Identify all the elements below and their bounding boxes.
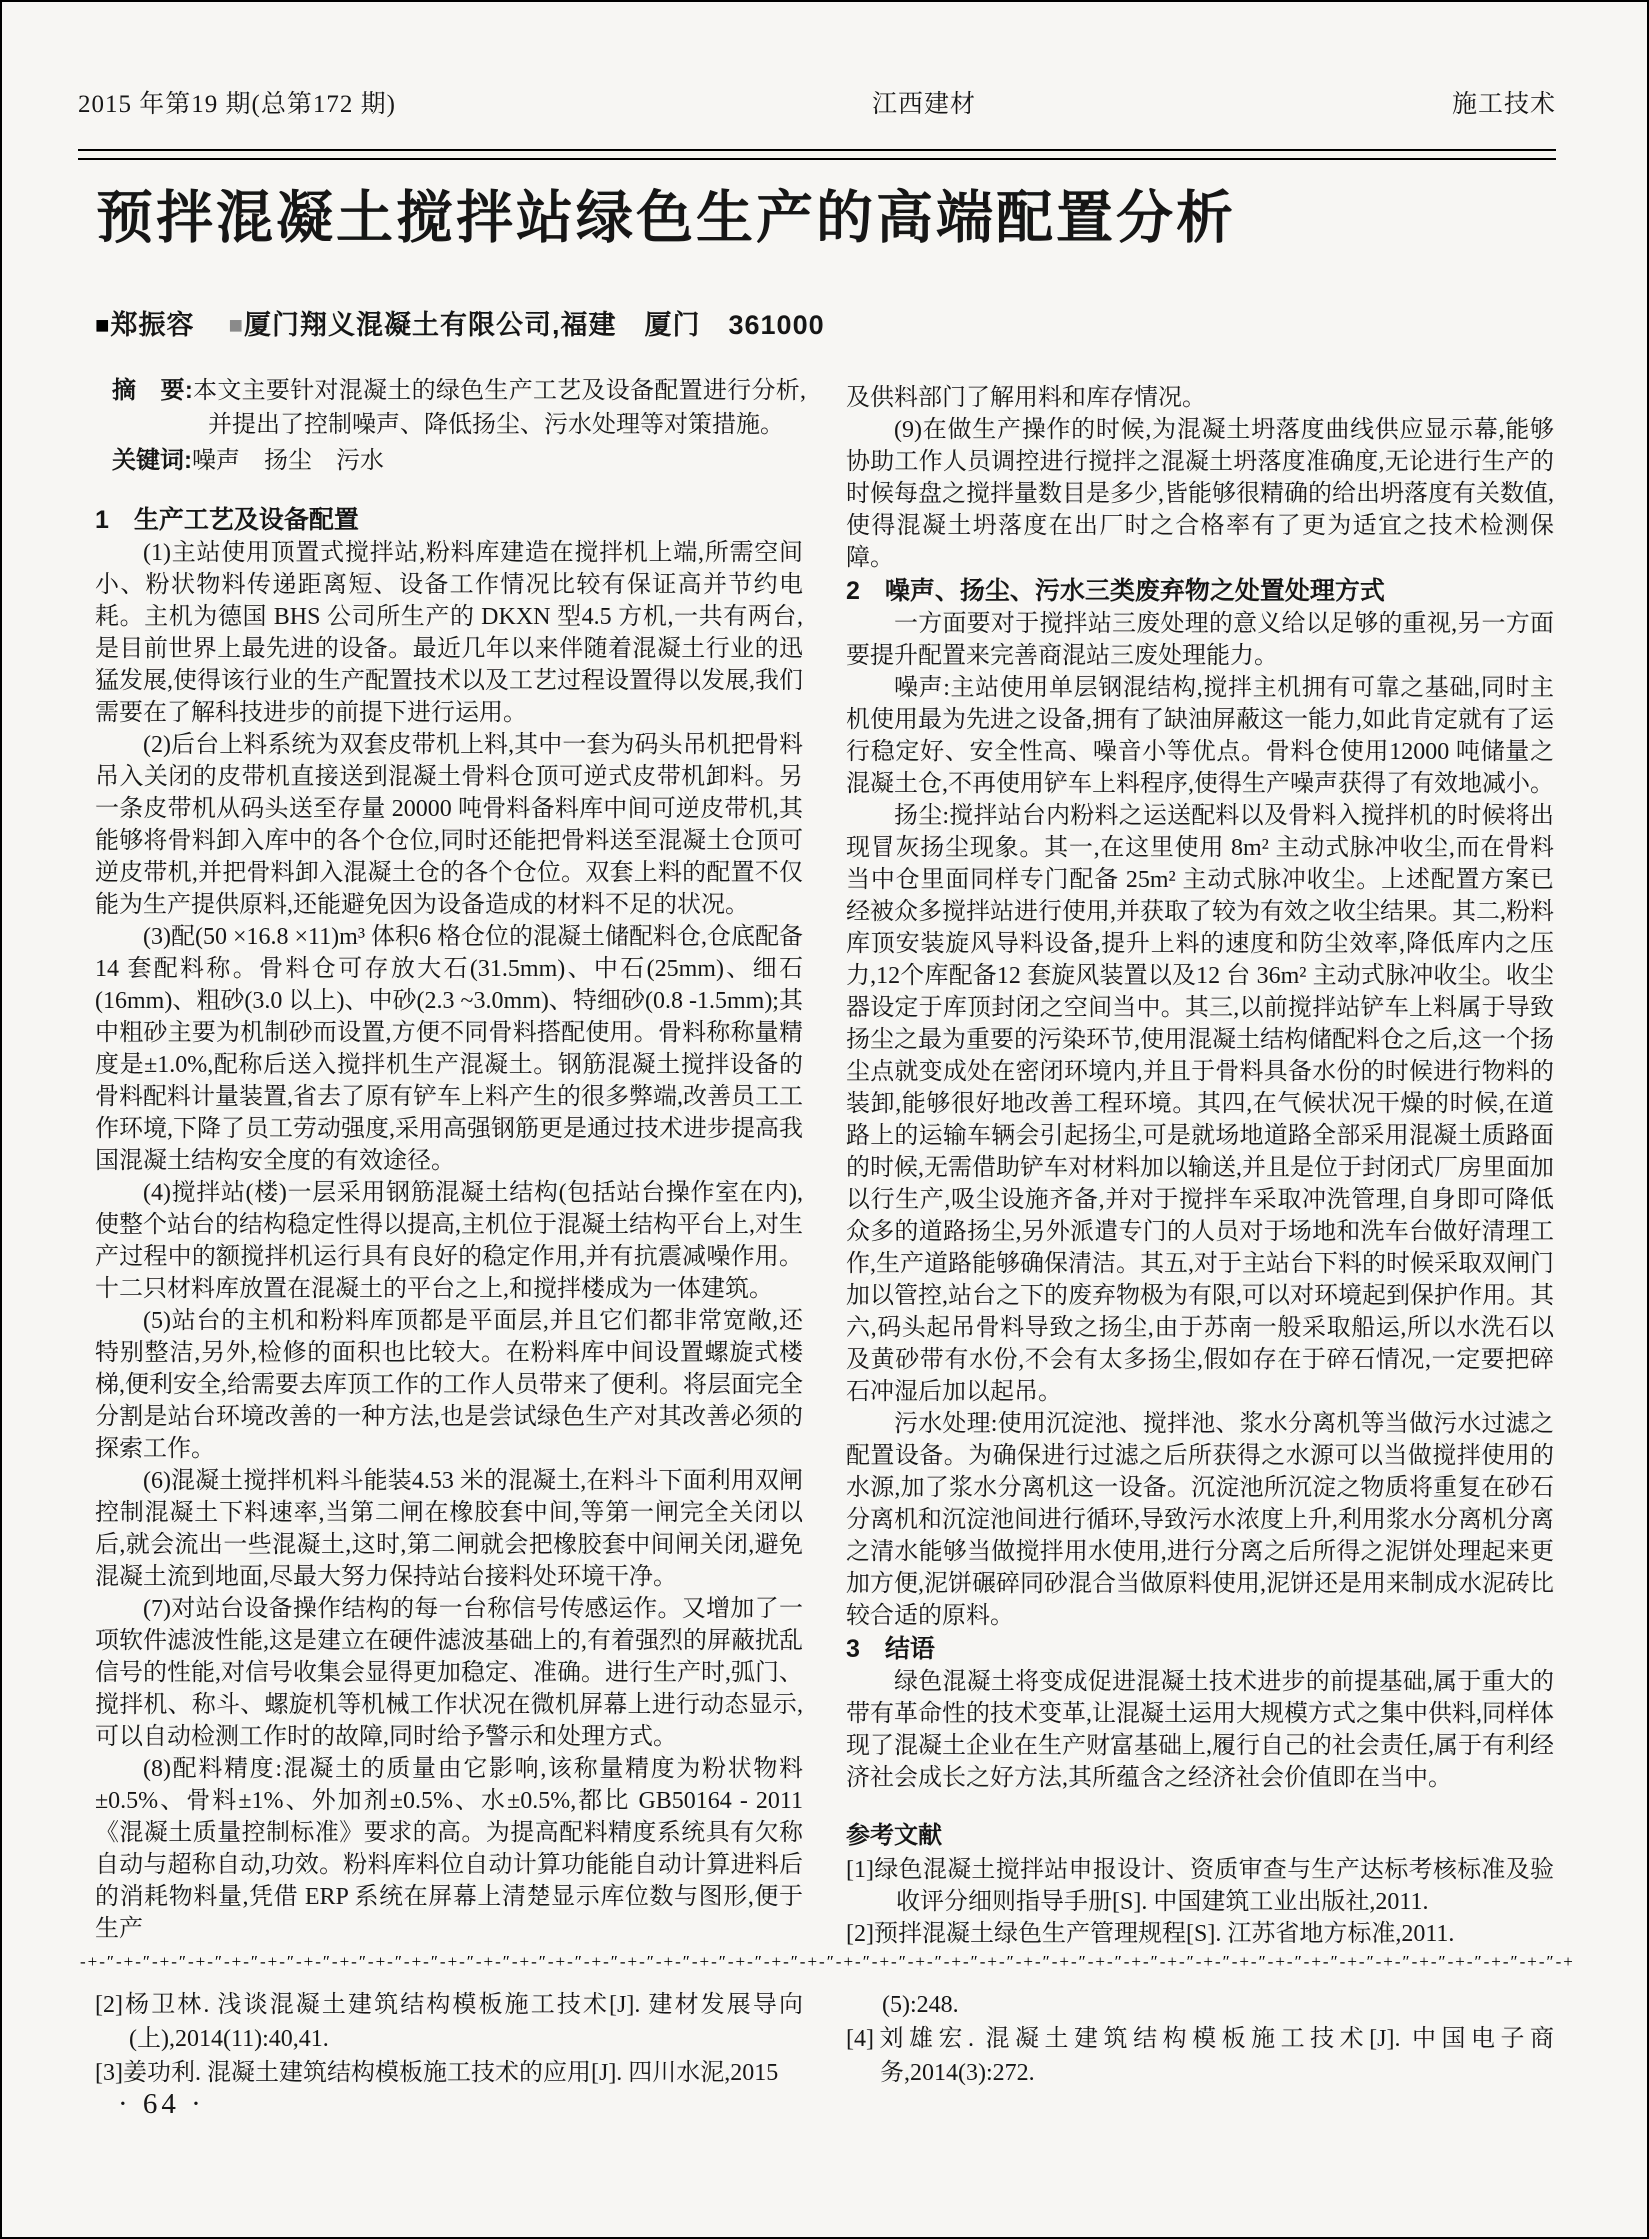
section-3-heading: 3 结语 (846, 1632, 1554, 1666)
reference-1: [1]绿色混凝土搅拌站申报设计、资质审查与生产达标考核标准及验收评分细则指导手册… (846, 1854, 1554, 1918)
footnote-left-column: [2]杨卫林. 浅谈混凝土建筑结构模板施工技术[J]. 建材发展导向(上),20… (95, 1988, 803, 2100)
reference-2: [2]预拌混凝土绿色生产管理规程[S]. 江苏省地方标准,2011. (846, 1918, 1554, 1950)
section-2-intro: 一方面要对于搅拌站三废处理的意义给以足够的重视,另一方面要提升配置来完善商混站三… (846, 608, 1554, 672)
affiliation-bullet-icon: ■ (229, 312, 245, 339)
abstract-text: 本文主要针对混凝土的绿色生产工艺及设备配置进行分析,并提出了控制噪声、降低扬尘、… (193, 378, 806, 438)
noise-paragraph: 噪声:主站使用单层钢混结构,搅拌主机拥有可靠之基础,同时主机使用最为先进之设备,… (846, 672, 1554, 800)
journal-header: 2015 年第19 期(总第172 期) 江西建材 施工技术 (78, 84, 1556, 120)
issue-info: 2015 年第19 期(总第172 期) (78, 84, 396, 120)
wastewater-paragraph: 污水处理:使用沉淀池、搅拌池、浆水分离机等当做污水过滤之配置设备。为确保进行过滤… (846, 1408, 1554, 1632)
right-column: 及供料部门了解用料和库存情况。 (9)在做生产操作的时候,为混凝土坍落度曲线供应… (846, 382, 1554, 1954)
author-name: 郑振容 (111, 310, 195, 340)
footnote-ref-3: [3]姜功利. 混凝土建筑结构模板施工技术的应用[J]. 四川水泥,2015 (95, 2056, 803, 2090)
paragraph-5: (5)站台的主机和粉料库顶都是平面层,并且它们都非常宽敞,还特别整洁,另外,检修… (95, 1305, 803, 1465)
abstract-paragraph: 摘 要:本文主要针对混凝土的绿色生产工艺及设备配置进行分析,并提出了控制噪声、降… (112, 374, 806, 442)
section-1-heading: 1 生产工艺及设备配置 (95, 503, 803, 537)
references-heading: 参考文献 (846, 1820, 1554, 1852)
paragraph-3: (3)配(50 ×16.8 ×11)m³ 体积6 格仓位的混凝土储配料仓,仓底配… (95, 921, 803, 1177)
byline: ■郑振容■厦门翔义混凝土有限公司,福建 厦门 361000 (95, 303, 825, 342)
abstract-block: 摘 要:本文主要针对混凝土的绿色生产工艺及设备配置进行分析,并提出了控制噪声、降… (112, 374, 806, 478)
page-number: · 64 · (118, 2088, 205, 2121)
footnote-ref-4: [4]刘雄宏. 混凝土建筑结构模板施工技术[J]. 中国电子商务,2014(3)… (846, 2022, 1554, 2090)
abstract-label: 摘 要: (112, 377, 193, 404)
left-column: 1 生产工艺及设备配置 (1)主站使用顶置式搅拌站,粉料库建造在搅拌机上端,所需… (95, 503, 803, 1953)
journal-name: 江西建材 (872, 84, 976, 120)
keywords-label: 关键词: (112, 447, 192, 474)
footnote-right-column: (5):248. [4]刘雄宏. 混凝土建筑结构模板施工技术[J]. 中国电子商… (846, 1988, 1554, 2100)
conclusion-paragraph: 绿色混凝土将变成促进混凝土技术进步的前提基础,属于重大的带有革命性的技术变革,让… (846, 1666, 1554, 1794)
paragraph-6: (6)混凝土搅拌机料斗能装4.53 米的混凝土,在料斗下面利用双闸控制混凝土下料… (95, 1465, 803, 1593)
dust-paragraph: 扬尘:搅拌站台内粉料之运送配料以及骨料入搅拌机的时候将出现冒灰扬尘现象。其一,在… (846, 800, 1554, 1408)
article-title: 预拌混凝土搅拌站绿色生产的高端配置分析 (96, 172, 1236, 254)
paragraph-8-continuation: 及供料部门了解用料和库存情况。 (846, 382, 1554, 414)
author-bullet-icon: ■ (95, 312, 111, 339)
paragraph-8: (8)配料精度:混凝土的质量由它影响,该称量精度为粉状物料±0.5%、骨料±1%… (95, 1753, 803, 1945)
footnote-separator: -+-″-+-″-+-″-+-″-+-″-+-″-+-″-+-″-+-″-+-″… (80, 1952, 1572, 1974)
paragraph-1: (1)主站使用顶置式搅拌站,粉料库建造在搅拌机上端,所需空间小、粉状物料传递距离… (95, 537, 803, 729)
affiliation: 厦门翔义混凝土有限公司,福建 厦门 361000 (244, 310, 825, 340)
paragraph-9: (9)在做生产操作的时候,为混凝土坍落度曲线供应显示幕,能够协助工作人员调控进行… (846, 414, 1554, 574)
keywords-text: 噪声 扬尘 污水 (192, 448, 384, 474)
header-rule (78, 149, 1556, 160)
keywords-line: 关键词:噪声 扬尘 污水 (112, 444, 806, 478)
footnote-ref-3-continuation: (5):248. (846, 1988, 1554, 2022)
paragraph-7: (7)对站台设备操作结构的每一台称信号传感运作。又增加了一项软件滤波性能,这是建… (95, 1593, 803, 1753)
section-2-heading: 2 噪声、扬尘、污水三类废弃物之处置处理方式 (846, 574, 1554, 608)
paragraph-2: (2)后台上料系统为双套皮带机上料,其中一套为码头吊机把骨料吊入关闭的皮带机直接… (95, 729, 803, 921)
footnote-ref-2: [2]杨卫林. 浅谈混凝土建筑结构模板施工技术[J]. 建材发展导向(上),20… (95, 1988, 803, 2056)
section-label: 施工技术 (1452, 84, 1556, 120)
paragraph-4: (4)搅拌站(楼)一层采用钢筋混凝土结构(包括站台操作室在内),使整个站台的结构… (95, 1177, 803, 1305)
